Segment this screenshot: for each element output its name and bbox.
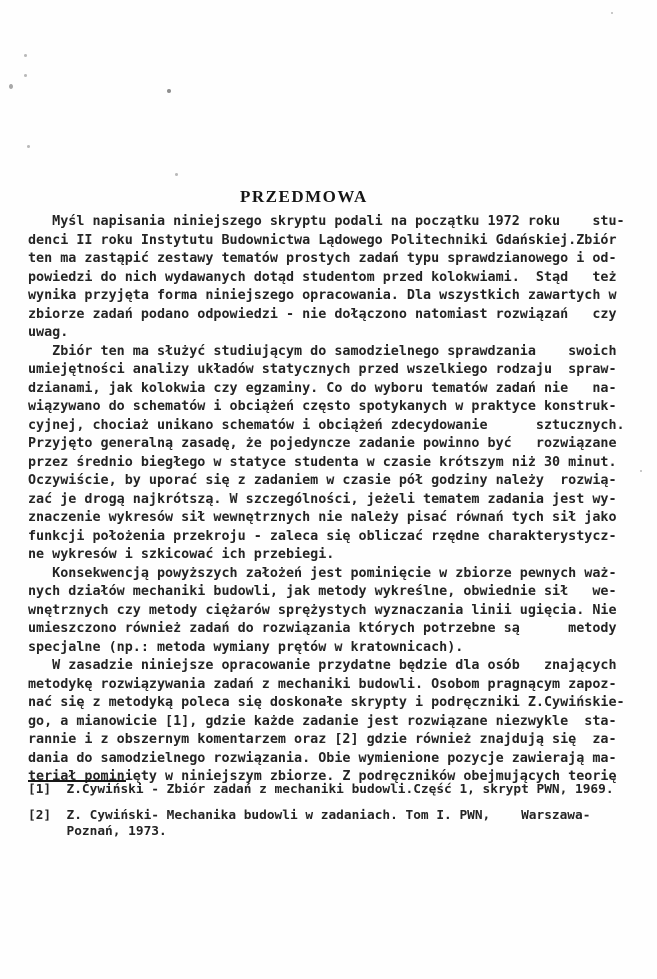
paragraph-2: Zbiór ten ma służyć studiującym do samod… <box>28 343 630 565</box>
body-text: Myśl napisania niniejszego skryptu podal… <box>28 213 630 787</box>
scan-speck <box>175 173 178 176</box>
page-title: PRZEDMOWA <box>240 187 368 207</box>
scan-speck <box>24 74 27 77</box>
scanned-page: PRZEDMOWA Myśl napisania niniejszego skr… <box>0 0 657 979</box>
paragraph-4: W zasadzie niniejsze opracowanie przydat… <box>28 657 630 787</box>
scan-speck <box>9 84 13 89</box>
scan-speck <box>611 12 613 14</box>
paragraph-1: Myśl napisania niniejszego skryptu podal… <box>28 213 630 343</box>
footnote-1: [1] Z.Cywiński - Zbiór zadań z mechaniki… <box>28 782 614 798</box>
footnote-2: [2] Z. Cywiński- Mechanika budowli w zad… <box>28 808 590 839</box>
scan-speck <box>27 145 30 148</box>
scan-speck <box>24 54 27 57</box>
scan-speck <box>640 470 642 472</box>
scan-speck <box>167 89 171 93</box>
paragraph-3: Konsekwencją powyższych założeń jest pom… <box>28 565 630 658</box>
